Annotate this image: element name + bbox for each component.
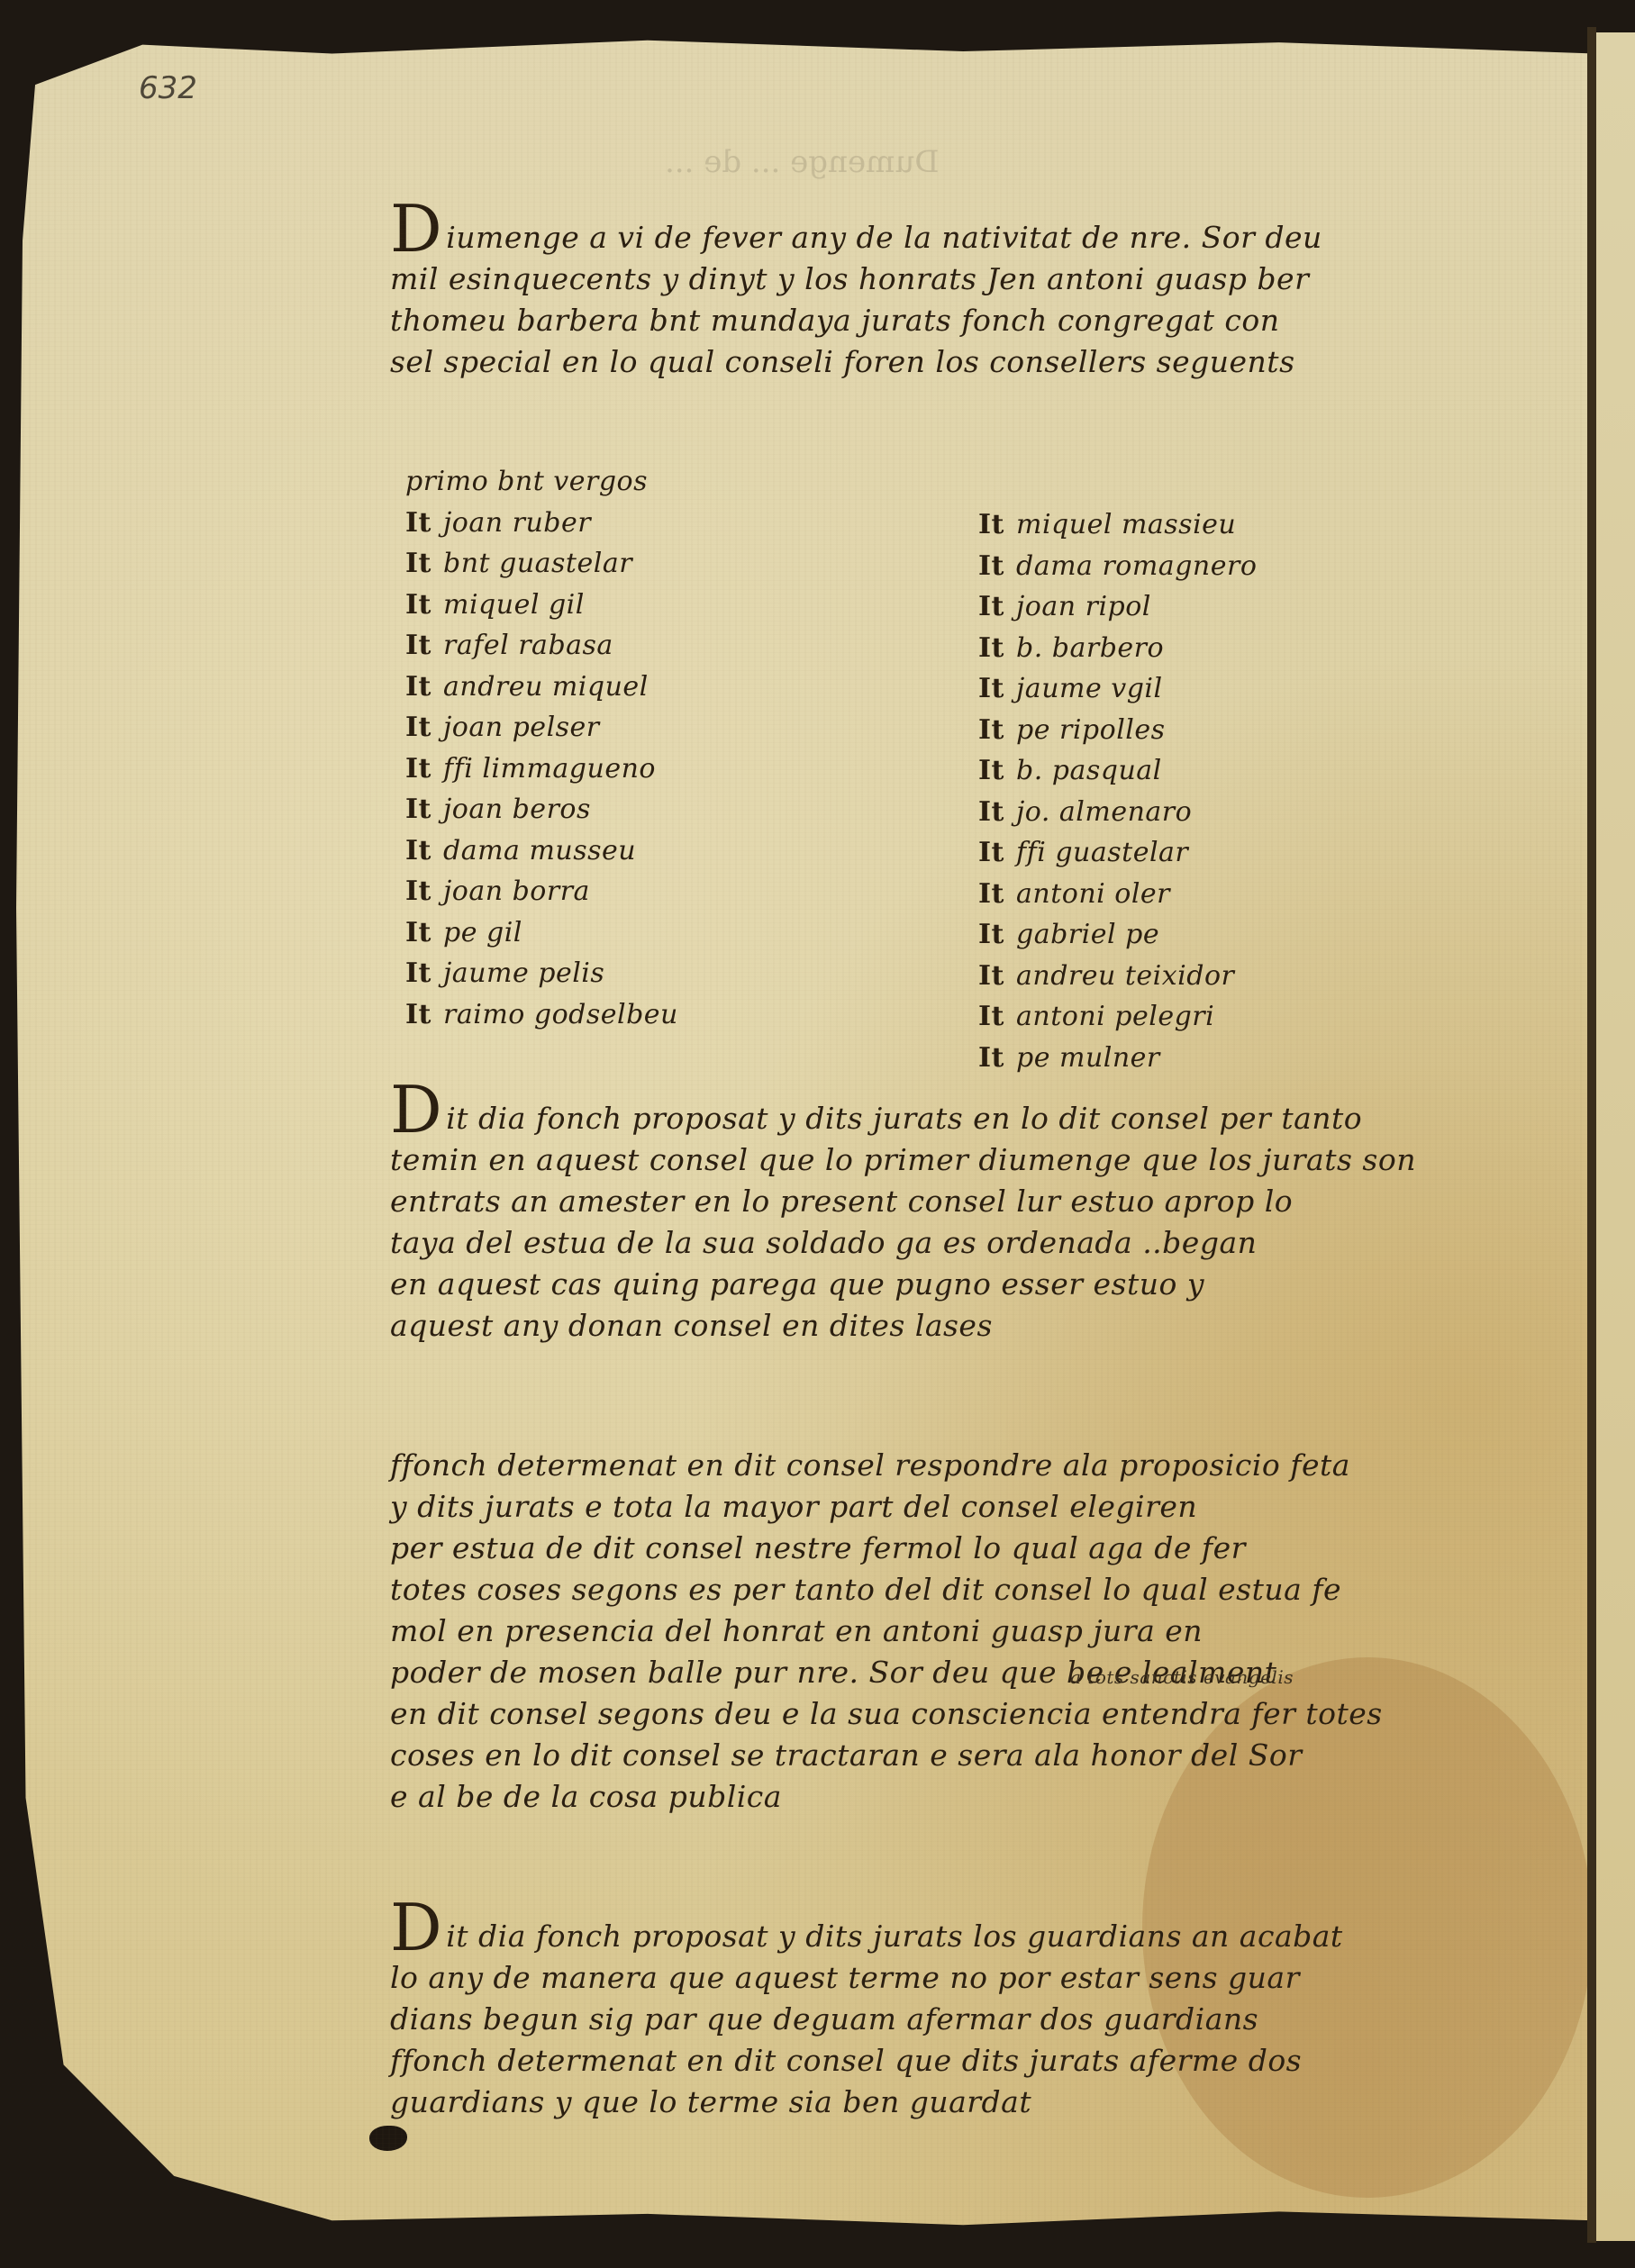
text-line: taya del estua de la sua soldado ga es o… — [390, 1222, 1498, 1264]
name-entry: Itraimo godselbeu — [405, 994, 678, 1036]
name-entry: Itffi guastelar — [978, 832, 1257, 874]
item-mark: It — [978, 792, 1016, 833]
initial-letter: D — [390, 191, 442, 267]
text-line: sel special en lo qual conseli foren los… — [390, 341, 1498, 383]
name-entry: Itrafel rabasa — [405, 625, 678, 667]
interlinear-note: a tots sanctis evangelis — [1070, 1666, 1294, 1688]
names-list-left: primo bnt vergos Itjoan ruber Itbnt guas… — [405, 461, 678, 1035]
paragraph-proposal: Dit dia fonch proposat y dits jurats en … — [390, 1092, 1498, 1347]
name-entry: Itantoni pelegri — [978, 996, 1257, 1038]
text-line: thomeu barbera bnt mundaya jurats fonch … — [390, 300, 1498, 341]
name-entry: Itandreu miquel — [405, 667, 678, 708]
text-line: entrats an amester en lo present consel … — [390, 1181, 1498, 1222]
folio-number: 632 — [139, 70, 197, 106]
text-line: Dit dia fonch proposat y dits jurats los… — [390, 1910, 1498, 1957]
item-mark: It — [405, 625, 443, 667]
paragraph-guardians: Dit dia fonch proposat y dits jurats los… — [390, 1910, 1498, 2123]
item-mark: It — [978, 504, 1016, 546]
name-entry: Itbnt guastelar — [405, 543, 678, 585]
name-entry: Itpe mulner — [978, 1038, 1257, 1079]
text-line: ffonch determenat en dit consel respondr… — [390, 1445, 1498, 1486]
item-mark: It — [405, 789, 443, 830]
item-mark: It — [405, 953, 443, 994]
name-entry: Itdama romagnero — [978, 546, 1257, 587]
paragraph-resolution: ffonch determenat en dit consel respondr… — [390, 1445, 1498, 1818]
item-mark: It — [978, 956, 1016, 997]
item-mark: It — [405, 707, 443, 748]
name-entry: Itandreu teixidor — [978, 956, 1257, 997]
initial-letter: D — [390, 1072, 442, 1148]
text-line: lo any de manera que aquest terme no por… — [390, 1957, 1498, 1999]
item-mark: It — [405, 912, 443, 954]
name-entry: Itdama musseu — [405, 830, 678, 872]
name-entry: Itantoni oler — [978, 874, 1257, 915]
manuscript-page: Dumenge ... de ... 632 623 Diumenge a vi… — [16, 18, 1594, 2243]
name-entry: Itpe gil — [405, 912, 678, 954]
item-mark: It — [978, 546, 1016, 587]
text-line: coses en lo dit consel se tractaran e se… — [390, 1735, 1498, 1776]
item-mark: It — [978, 832, 1016, 874]
item-mark: It — [978, 628, 1016, 669]
name-entry: Itgabriel pe — [978, 914, 1257, 956]
name-entry: Itb. barbero — [978, 628, 1257, 669]
text-line: mol en presencia del honrat en antoni gu… — [390, 1610, 1498, 1652]
item-mark: It — [978, 874, 1016, 915]
names-list-right: Itmiquel massieu Itdama romagnero Itjoan… — [978, 504, 1257, 1078]
text-line: mil esinquecents y dinyt y los honrats J… — [390, 259, 1498, 300]
text-line: dians begun sig par que deguam afermar d… — [390, 1999, 1498, 2040]
item-mark: It — [405, 543, 443, 585]
name-entry: Itmiquel gil — [405, 585, 678, 626]
binding-gutter — [1587, 27, 1596, 2243]
item-mark: It — [405, 994, 443, 1036]
name-entry: Itjoan beros — [405, 789, 678, 830]
text-line: Dit dia fonch proposat y dits jurats en … — [390, 1092, 1498, 1139]
text-line: totes coses segons es per tanto del dit … — [390, 1569, 1498, 1610]
text-line: poder de mosen balle pur nre. Sor deu qu… — [390, 1652, 1498, 1693]
item-mark: It — [978, 710, 1016, 751]
item-mark: It — [978, 996, 1016, 1038]
item-mark: It — [405, 667, 443, 708]
names-header: primo bnt vergos — [405, 461, 678, 503]
item-mark: It — [405, 503, 443, 544]
name-entry: Itjoan borra — [405, 871, 678, 912]
old-folio-number: 623 — [124, 2196, 176, 2227]
item-mark: It — [978, 750, 1016, 792]
item-mark: It — [405, 748, 443, 790]
item-mark: It — [405, 871, 443, 912]
text-line: temin en aquest consel que lo primer diu… — [390, 1139, 1498, 1181]
name-entry: Itmiquel massieu — [978, 504, 1257, 546]
paragraph-opening: Diumenge a vi de fever any de la nativit… — [390, 211, 1498, 383]
name-entry: Itjoan ruber — [405, 503, 678, 544]
item-mark: It — [978, 1038, 1016, 1079]
name-entry: Itjoan ripol — [978, 586, 1257, 628]
item-mark: It — [978, 668, 1016, 710]
name-entry: Itjaume pelis — [405, 953, 678, 994]
item-mark: It — [405, 830, 443, 872]
text-line: ffonch determenat en dit consel que dits… — [390, 2040, 1498, 2082]
bleed-through-text: Dumenge ... de ... — [665, 144, 939, 180]
name-entry: Itb. pasqual — [978, 750, 1257, 792]
text-line: e al be de la cosa publica — [390, 1776, 1498, 1818]
initial-letter: D — [390, 1890, 442, 1965]
item-mark: It — [978, 914, 1016, 956]
name-entry: Itffi limmagueno — [405, 748, 678, 790]
item-mark: It — [978, 586, 1016, 628]
adjacent-page-edge — [1596, 32, 1635, 2241]
text-line: en dit consel segons deu e la sua consci… — [390, 1693, 1498, 1735]
text-line: en aquest cas quing parega que pugno ess… — [390, 1264, 1498, 1305]
name-entry: Itjoan pelser — [405, 707, 678, 748]
text-line: per estua de dit consel nestre fermol lo… — [390, 1528, 1498, 1569]
text-line: y dits jurats e tota la mayor part del c… — [390, 1486, 1498, 1528]
item-mark: It — [405, 585, 443, 626]
text-line: aquest any donan consel en dites lases — [390, 1305, 1498, 1347]
name-entry: Itjo. almenaro — [978, 792, 1257, 833]
text-line: guardians y que lo terme sia ben guardat — [390, 2082, 1498, 2123]
text-line: Diumenge a vi de fever any de la nativit… — [390, 211, 1498, 259]
ink-blot — [369, 2126, 407, 2151]
name-entry: Itjaume vgil — [978, 668, 1257, 710]
name-entry: Itpe ripolles — [978, 710, 1257, 751]
